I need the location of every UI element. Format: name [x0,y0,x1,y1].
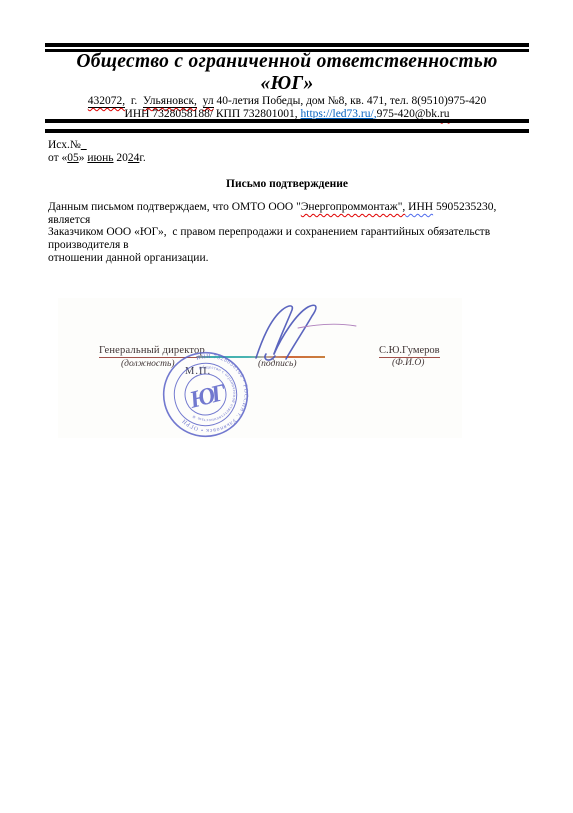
letter-subject: Письмо подтверждение [45,178,529,190]
address-line: 432072, г. Ульяновск, ул 40-летия Победы… [45,95,529,108]
body-line3: отношении данной организации. [48,252,208,264]
address-sep: г. [125,95,143,107]
body-l1-pre: Данным письмом подтверждаем, что ОМТО ОО… [48,201,301,213]
date-year: 24 [128,152,140,164]
letter-page: { "colors": { "link": "#0563c1", "stamp_… [0,0,573,813]
email-tld: ru [440,108,450,120]
address-city: Ульяновск, [143,95,197,108]
inn-kpp: ИНН 7328058188/ КПП 732801001, [125,108,301,120]
date-day: 05 [67,152,79,164]
handwritten-signature-icon [248,302,360,366]
mid-rule-thick [45,119,529,123]
body-company: Энергопроммонтаж", [301,201,405,213]
outgoing-blank: _ [81,139,87,151]
address-sep2 [197,95,203,107]
website-link[interactable]: https://led73.ru/, [301,108,377,120]
date-century: 20 [114,152,128,164]
date-line: от «05» июнь 2024г. [48,152,146,165]
org-name-line1: Общество с ограниченной ответственностью [45,51,529,73]
name-caption: (Ф.И.О) [392,358,424,368]
ref-block: Исх.№_ от «05» июнь 2024г. [48,139,146,165]
address-rest: 40-летия Победы, дом №8, кв. 471, тел. 8… [214,95,487,107]
date-pre: от « [48,152,67,164]
org-name: Общество с ограниченной ответственностью… [45,51,529,94]
letter-body: Данным письмом подтверждаем, что ОМТО ОО… [48,201,526,265]
address-street-abbr: ул [203,95,214,108]
signature-scan-area: Генеральный директор (должность) (подпис… [58,298,462,438]
signatory-name: С.Ю.Гумеров [379,345,440,358]
outgoing-label: Исх.№ [48,139,81,151]
date-suffix: г. [139,152,145,164]
mid-rule-thin [45,129,529,133]
outgoing-number-line: Исх.№_ [48,139,146,152]
email-user: 975-420@bk. [377,108,440,120]
org-name-line2: «ЮГ» [45,73,529,95]
body-line1: Данным письмом подтверждаем, что ОМТО ОО… [48,201,499,226]
date-month: июнь [87,152,113,164]
header-requisites: 432072, г. Ульяновск, ул 40-летия Победы… [45,95,529,120]
body-inn-word: ИНН [405,201,433,213]
body-line2: Заказчиком ООО «ЮГ», с правом перепродаж… [48,226,493,251]
address-zip: 432072, [88,95,125,108]
stamp-monogram: ЮГ [186,380,229,414]
top-rule-thick [45,43,529,47]
